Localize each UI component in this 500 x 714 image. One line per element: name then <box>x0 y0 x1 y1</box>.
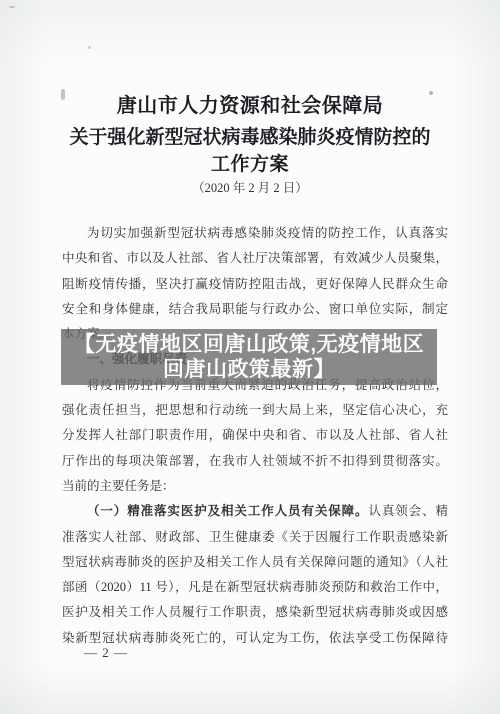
paragraph-1-line: 中央和省、市以及人社部、省人社厅决策部署，有效减少人员聚集， <box>62 246 448 271</box>
paragraph-1-line: 阻断疫情传播，坚决打赢疫情防控阻击战，更好保障人民群众生命 <box>62 272 448 297</box>
document-date: （2020 年 2 月 2 日） <box>0 178 500 198</box>
paragraph-1-line: 为切实加强新型冠状病毒感染肺炎疫情的防控工作，认真落实 <box>62 221 448 246</box>
paragraph-3-line: 准落实人社部、财政部、卫生健康委《关于因履行工作职责感染新 <box>62 525 448 550</box>
document-title-subject: 关于强化新型冠状病毒感染肺炎疫情防控的 <box>0 125 500 151</box>
document-body: 为切实加强新型冠状病毒感染肺炎疫情的防控工作，认真落实 中央和省、市以及人社部、… <box>62 221 448 651</box>
paragraph-3-line: 部函（2020）11 号），凡是在新型冠状病毒肺炎预防和救治工作中， <box>62 575 448 600</box>
page-number: — 2 — <box>84 645 128 661</box>
item-one-title: （一）精准落实医护及相关工作人员有关保障。 <box>87 504 368 518</box>
caption-line-1: 【无疫情地区回唐山政策,无疫情地区 <box>74 332 424 357</box>
document-title-org: 唐山市人力资源和社会保障局 <box>0 93 500 119</box>
watermark-caption-banner: 【无疫情地区回唐山政策,无疫情地区 回唐山政策最新】 <box>61 329 437 385</box>
scan-speckle <box>88 46 91 49</box>
paragraph-3-line: 型冠状病毒肺炎的医护及相关工作人员有关保障问题的通知》（人社 <box>62 550 448 575</box>
paragraph-2-line: 分发挥人社部门职责作用，确保中央和省、市以及人社部、省人社 <box>62 423 448 448</box>
caption-line-2: 回唐山政策最新】 <box>163 357 335 382</box>
document-title-plan: 工作方案 <box>0 152 500 178</box>
paragraph-1-line: 安全和身体健康，结合我局职能与行政办公、窗口单位实际，制定 <box>62 297 448 322</box>
paragraph-2-line: 当前的主要任务是： <box>62 474 448 499</box>
paragraph-2-line: 厅作出的每项决策部署，在我市人社领域不折不扣得到贯彻落实。 <box>62 449 448 474</box>
scan-speckle <box>9 6 15 8</box>
item-one-text-start: 认真领会、精 <box>368 504 448 518</box>
paragraph-2-line: 强化责任担当，把思想和行动统一到大局上来，坚定信心决心，充 <box>62 398 448 423</box>
paragraph-3-line: 医护及相关工作人员履行工作职责，感染新型冠状病毒肺炎或因感 <box>62 600 448 625</box>
paragraph-3-line: （一）精准落实医护及相关工作人员有关保障。认真领会、精 <box>62 499 448 524</box>
scanned-document-page: 唐山市人力资源和社会保障局 关于强化新型冠状病毒感染肺炎疫情防控的 工作方案 （… <box>0 0 500 714</box>
